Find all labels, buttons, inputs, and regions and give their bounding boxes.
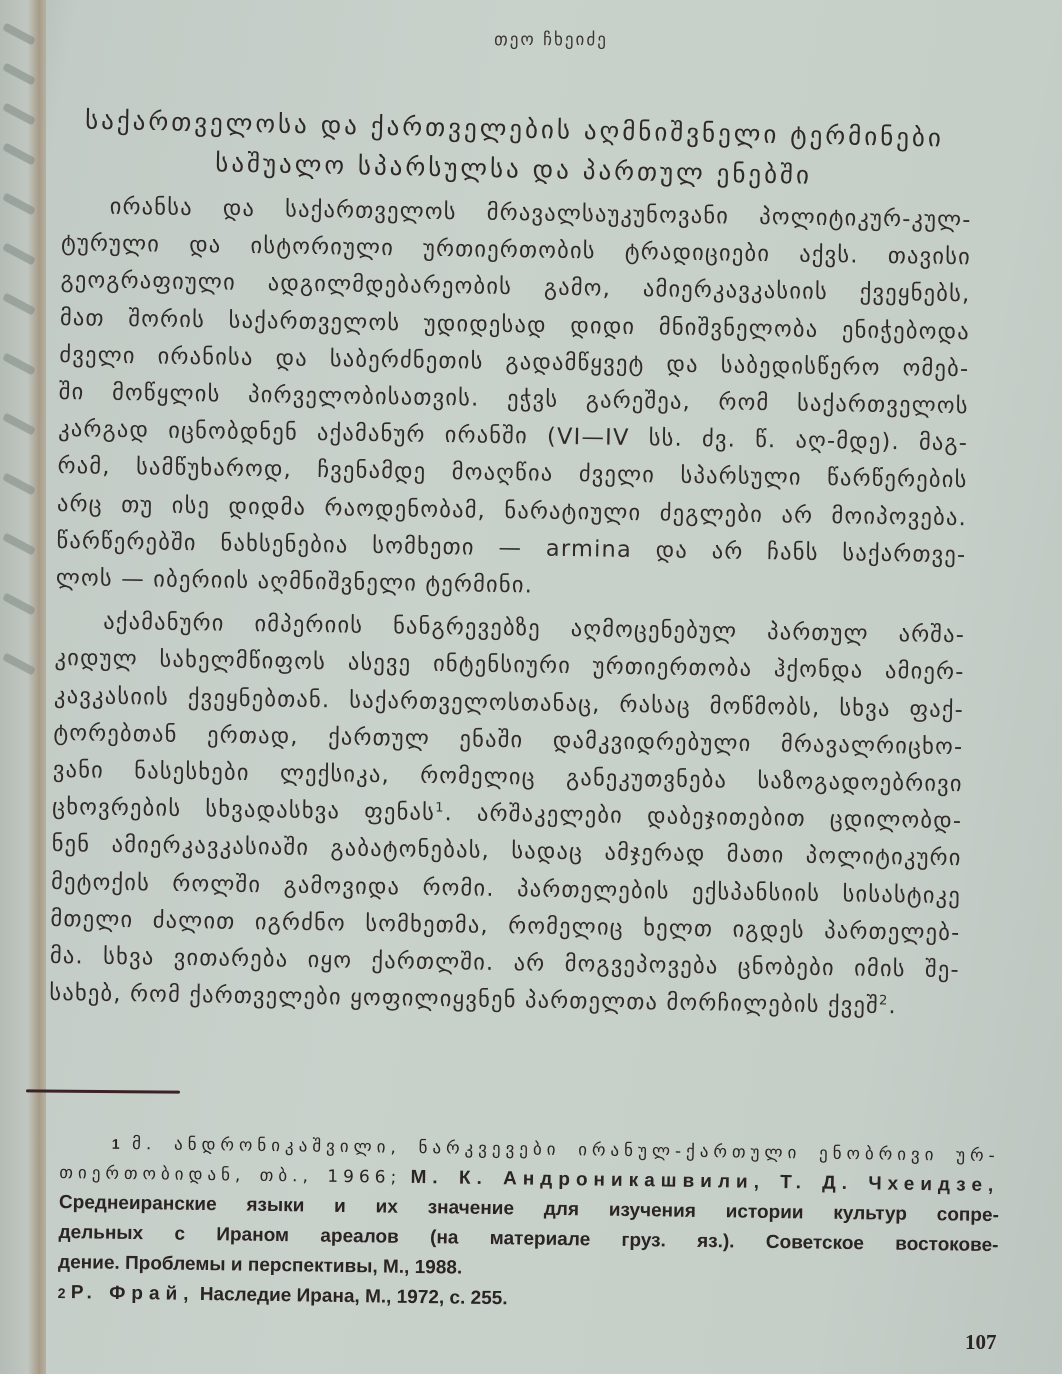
book-page: თეო ჩხეიძე საქართველოსა და ქართველების ა… xyxy=(0,0,1062,1374)
facing-page-text-fragment xyxy=(2,352,36,375)
facing-page-text-fragment xyxy=(2,472,36,495)
text-fragment: ცხოვრების სხვადასხვა ფენას xyxy=(52,794,435,826)
text-fragment: . არშაკელები დაბეჯითებით ცდილობდ- xyxy=(444,800,962,834)
text-fragment: . xyxy=(888,993,897,1019)
running-header: თეო ჩხეიძე xyxy=(0,30,1062,50)
facing-page-text-fragment xyxy=(2,142,36,165)
text-fragment: სახებ, რომ ქართველები ყოფილიყვნენ პართელ… xyxy=(49,980,879,1019)
footnote-author: Р. Фрай, xyxy=(71,1282,195,1305)
facing-page-text-fragment xyxy=(2,102,36,125)
footnote-1: 1 მ. ანდრონიკაშვილი, ნარკვევები ირანულ-ქ… xyxy=(58,1128,1000,1291)
footnote-reference-2[interactable]: 2 xyxy=(879,994,889,1009)
footnotes: 1 მ. ანდრონიკაშვილი, ნარკვევები ირანულ-ქ… xyxy=(57,1128,999,1321)
page-number: 107 xyxy=(965,1330,997,1355)
body-text: ირანსა და საქართველოს მრავალსაუკუნოვანი … xyxy=(49,188,972,1027)
chapter-title: საქართველოსა და ქართველების აღმნიშვნელი … xyxy=(58,100,969,199)
facing-page-text-fragment xyxy=(2,62,36,85)
facing-page-text-fragment xyxy=(2,592,36,615)
facing-page-text-fragment xyxy=(2,192,36,215)
footnote-citation: Наследие Ирана, М., 1972, с. 255. xyxy=(200,1284,508,1309)
facing-page-edge xyxy=(0,0,46,1374)
facing-page-text-fragment xyxy=(2,532,36,555)
facing-page-text-fragment xyxy=(2,292,36,315)
paragraph-1: ირანსა და საქართველოს მრავალსაუკუნოვანი … xyxy=(56,188,972,611)
footnote-number: 1 xyxy=(112,1136,120,1152)
facing-page-text-fragment xyxy=(2,412,36,435)
footnote-georgian-citation: თიერთობიდან, თბ., 1966; xyxy=(59,1163,401,1188)
footnote-separator xyxy=(26,1089,180,1093)
footnote-authors: М. К. Андроникашвили, Т. Д. Чхеидзе, xyxy=(410,1167,999,1196)
footnote-number: 2 xyxy=(58,1285,66,1301)
facing-page-text-fragment xyxy=(2,652,36,675)
facing-page-text-fragment xyxy=(2,242,36,265)
paragraph-2: აქამანური იმპერიის ნანგრევებზე აღმოცენებ… xyxy=(49,603,965,1026)
